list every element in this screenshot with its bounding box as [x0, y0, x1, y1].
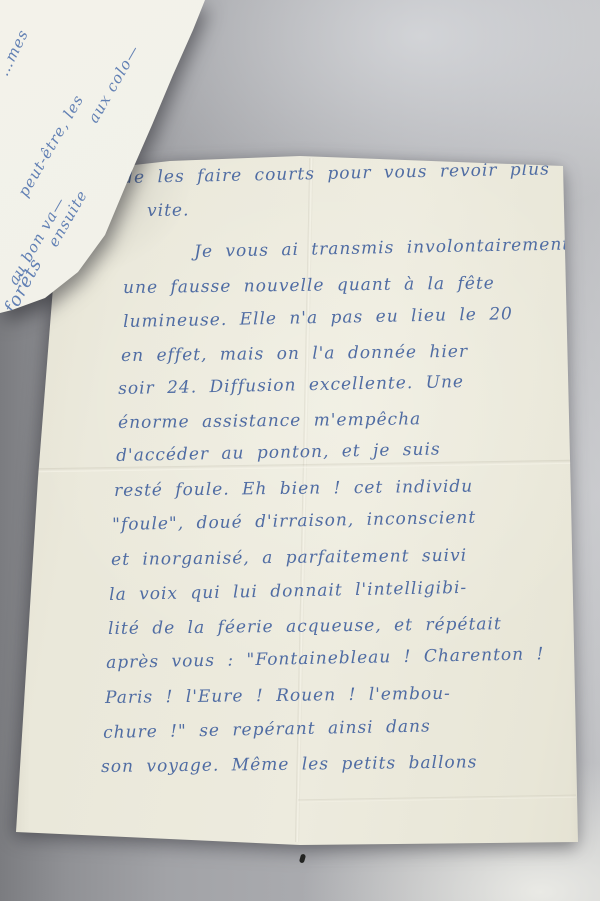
folded-handwriting-fragment: peut-être, les — [16, 92, 87, 199]
folded-page-curl-shading — [0, 0, 600, 901]
folded-handwriting-fragment: …mes — [0, 27, 31, 78]
folded-page-shadow: …mes aux colo— peut-être, les ensuite au… — [0, 0, 600, 901]
photo-of-letter: de les faire courts pour vous revoir plu… — [0, 0, 600, 901]
folded-handwriting-fragment: aux colo— — [86, 43, 143, 126]
folded-handwriting-fragment: forêts — [2, 256, 46, 317]
folded-page-corner: …mes aux colo— peut-être, les ensuite au… — [0, 0, 600, 901]
